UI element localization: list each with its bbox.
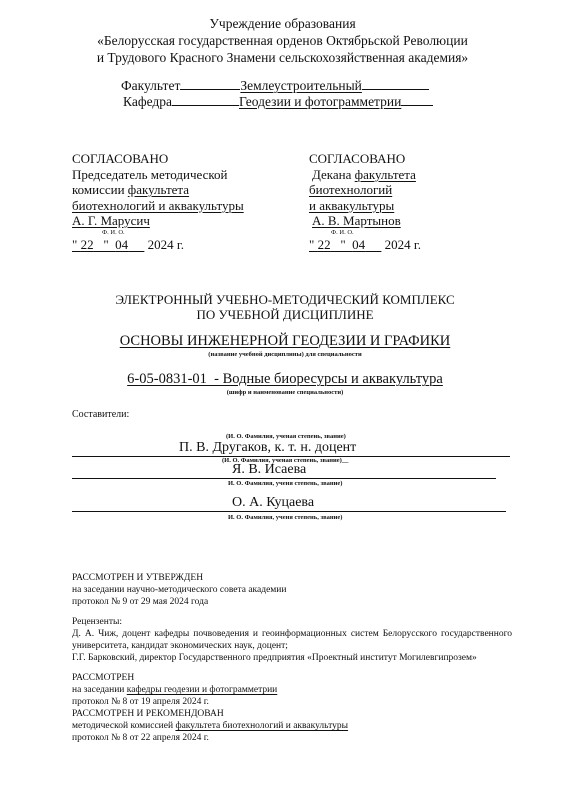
reviewer-2: Г.Г. Барковский, директор Государственно… [72,652,512,664]
discipline-name: ОСНОВЫ ИНЖЕНЕРНОЙ ГЕОДЕЗИИ И ГРАФИКИ [60,333,510,350]
department-label: Кафедра [123,94,172,109]
approval-left-title: СОГЛАСОВАНО [72,151,244,167]
reviewed-department: кафедры геодезии и фотограмметрии [127,685,278,695]
compiler-2-name: Я. В. Исаева [232,462,306,478]
reviewed-line2: протокол № 8 от 19 апреля 2024 г. [72,696,348,708]
blank-line [180,75,240,90]
reviewers-title: Рецензенты: [72,616,512,628]
approval-right: СОГЛАСОВАНО Декана факультета биотехноло… [309,151,421,252]
approval-right-month: 04 [352,237,365,252]
complex-title-line2: ПО УЧЕБНОЙ ДИСЦИПЛИНЕ [60,307,510,322]
approved-title: РАССМОТРЕН И УТВЕРЖДЕН [72,572,286,584]
reviewed-line1-text: на заседании [72,685,127,695]
reviewed-block: РАССМОТРЕН на заседании кафедры геодезии… [72,672,348,744]
approval-right-faculty: факультета [355,167,416,182]
header-line-3: и Трудового Красного Знамени сельскохозя… [0,50,565,66]
approval-right-day: 22 [318,237,331,252]
approval-left-line2-text: комиссии [72,182,128,197]
approval-right-line2: биотехнологий [309,182,421,198]
approval-right-date: " 22 " 04 2024 г. [309,237,421,253]
approval-right-signatory: А. В. Мартынов [309,213,421,229]
compiler-2-line [72,478,496,479]
reviewer-1: Д. А. Чиж, доцент кафедры почвоведения и… [72,628,512,652]
approval-left-year: 2024 г. [148,237,184,252]
compiler-1-name: П. В. Другаков, к. т. н. доцент [179,440,356,456]
approved-line2: протокол № 9 от 29 мая 2024 года [72,596,286,608]
compilers-label: Составители: [72,409,129,420]
reviewers-block: Рецензенты: Д. А. Чиж, доцент кафедры по… [72,616,512,664]
approval-left-day: 22 [81,237,94,252]
compiler-3-caption: И. О. Фамилия, ученя степень, звание) [228,514,342,521]
blank-line [401,91,433,106]
header-line-2: «Белорусская государственная орденов Окт… [0,33,565,49]
approval-right-fio-label: Ф. И. О. [331,229,421,237]
department-value: Геодезии и фотограмметрии [239,94,401,109]
approval-right-line3: и аквакультуры [309,198,421,214]
discipline-caption: (название учебной дисциплины) для специа… [60,351,510,358]
approval-right-year: 2024 г. [385,237,421,252]
recommended-faculty: факультета биотехнологий и аквакультуры [175,721,348,731]
reviewed-title: РАССМОТРЕН [72,672,348,684]
header-line-1: Учреждение образования [0,16,565,32]
approval-left-date: " 22 " 04 2024 г. [72,237,244,253]
complex-title-line1: ЭЛЕКТРОННЫЙ УЧЕБНО-МЕТОДИЧЕСКИЙ КОМПЛЕКС [60,292,510,307]
approval-right-line1-text: Декана [312,167,355,182]
approved-line1: на заседании научно-методического совета… [72,584,286,596]
approval-left-line2: комиссии факультета [72,182,244,198]
compilers-caption-top: (И. О. Фамилия, ученая степень, звание) [226,433,346,440]
approved-block: РАССМОТРЕН И УТВЕРЖДЕН на заседании науч… [72,572,286,608]
approval-left-faculty: факультета [128,182,189,197]
recommended-line1-text: методической комиссией [72,721,175,731]
department-line: КафедраГеодезии и фотограмметрии [123,91,433,110]
compiler-3-line [72,511,506,512]
approval-left-line3: биотехнологий и аквакультуры [72,198,244,214]
specialty-caption: (шифр и наименование специальности) [60,389,510,396]
compiler-3-name: О. А. Куцаева [232,495,314,511]
blank-line [172,91,239,106]
compiler-2-caption: И. О. Фамилия, ученя степень, звание) [228,480,342,487]
approval-left-month: 04 [115,237,128,252]
approval-right-title: СОГЛАСОВАНО [309,151,421,167]
approval-left-line1: Председатель методической [72,167,244,183]
approval-right-line1: Декана факультета [309,167,421,183]
approval-left: СОГЛАСОВАНО Председатель методической ко… [72,151,244,252]
specialty-name: 6-05-0831-01 - Водные биоресурсы и аквак… [60,371,510,388]
approval-left-fio-label: Ф. И. О. [102,229,244,237]
blank-line [362,75,429,90]
recommended-line1: методической комиссией факультета биотех… [72,720,348,732]
recommended-line2: протокол № 8 от 22 апреля 2024 г. [72,732,348,744]
approval-left-signatory: А. Г. Марусич [72,213,244,229]
recommended-title: РАССМОТРЕН И РЕКОМЕНДОВАН [72,708,348,720]
reviewed-line1: на заседании кафедры геодезии и фотограм… [72,684,348,696]
